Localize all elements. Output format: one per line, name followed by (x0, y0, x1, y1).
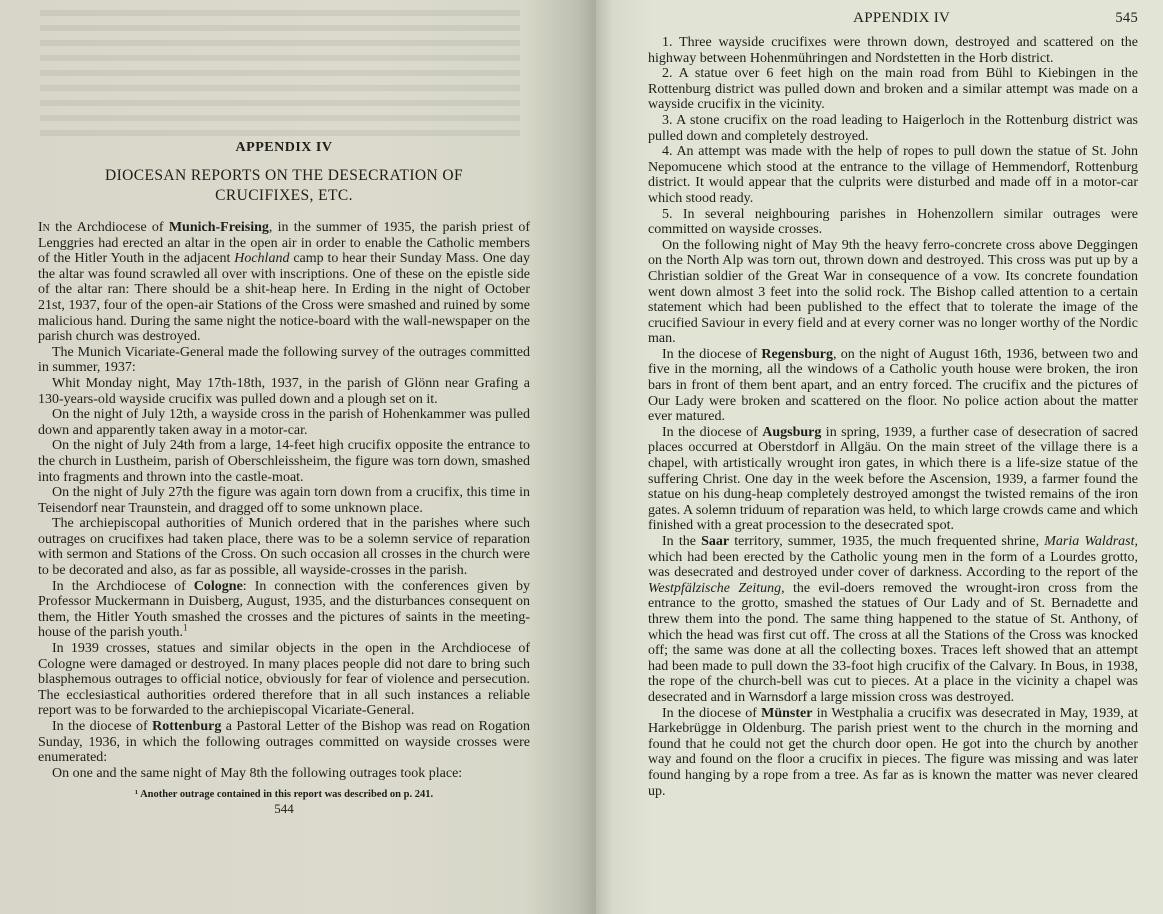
text-run: In the Archdiocese of (52, 579, 194, 594)
text-run: In the diocese of (662, 347, 761, 362)
paragraph: Whit Monday night, May 17th-18th, 1937, … (38, 376, 530, 407)
appendix-label: APPENDIX IV (38, 140, 530, 156)
left-page: APPENDIX IV DIOCESAN REPORTS ON THE DESE… (0, 0, 596, 914)
paragraph: On the night of July 12th, a wayside cro… (38, 407, 530, 438)
diocese-name: Cologne (194, 579, 243, 594)
chapter-title-line-1: DIOCESAN REPORTS ON THE DESECRATION OF (38, 166, 530, 186)
paragraph-saar: In the Saar territory, summer, 1935, the… (648, 534, 1138, 706)
paragraph-cologne: In the Archdiocese of Cologne: In connec… (38, 579, 530, 641)
list-item: 5. In several neighbouring parishes in H… (648, 207, 1138, 238)
book-spread: APPENDIX IV DIOCESAN REPORTS ON THE DESE… (0, 0, 1163, 914)
paragraph: On the night of July 27th the figure was… (38, 485, 530, 516)
text-run: the Archdiocese of (50, 220, 169, 235)
paragraph-augsburg: In the diocese of Augsburg in spring, 19… (648, 425, 1138, 534)
chapter-title-line-2: CRUCIFIXES, ETC. (38, 186, 530, 206)
text-run: In the diocese of (662, 706, 761, 721)
paragraph: On the night of July 24th from a large, … (38, 438, 530, 485)
camp-name: Hochland (234, 251, 289, 266)
paragraph-munich-freising: In the Archdiocese of Munich-Freising, i… (38, 220, 530, 345)
text-run: In the diocese of (52, 719, 152, 734)
page-number: 544 (38, 801, 530, 817)
bleed-through-text (40, 10, 520, 140)
running-head-title: APPENDIX IV (648, 10, 1115, 27)
paragraph: In 1939 crosses, statues and similar obj… (38, 641, 530, 719)
paragraph-munster: In the diocese of Münster in Westphalia … (648, 706, 1138, 800)
diocese-name: Rottenburg (152, 719, 221, 734)
left-page-content: APPENDIX IV DIOCESAN REPORTS ON THE DESE… (38, 140, 530, 817)
chapter-title: DIOCESAN REPORTS ON THE DESECRATION OF C… (38, 166, 530, 206)
page-number: 545 (1115, 10, 1138, 27)
text-run: in spring, 1939, a further case of desec… (648, 425, 1138, 534)
diocese-name: Augsburg (762, 425, 821, 440)
text-run: , the evil-doers removed the wrought-iro… (648, 581, 1138, 705)
text-run: In the (662, 534, 701, 549)
text-run: territory, summer, 1935, the much freque… (729, 534, 1044, 549)
running-head: APPENDIX IV 545 (648, 10, 1138, 27)
diocese-name: Regensburg (761, 347, 833, 362)
paragraph-regensburg: In the diocese of Regensburg, on the nig… (648, 347, 1138, 425)
diocese-name: Munich-Freising (169, 220, 269, 235)
paragraph-rottenburg: In the diocese of Rottenburg a Pastoral … (38, 719, 530, 766)
text-run: In the diocese of (662, 425, 762, 440)
footnote-marker: 1 (183, 623, 188, 633)
territory-name: Saar (701, 534, 729, 549)
footnote: ¹ Another outrage contained in this repo… (38, 789, 530, 800)
paragraph: On the following night of May 9th the he… (648, 238, 1138, 347)
list-item: 1. Three wayside crucifixes were thrown … (648, 35, 1138, 66)
diocese-name: Münster (761, 706, 812, 721)
shrine-name: Maria Waldrast (1044, 534, 1134, 549)
paragraph: The archiepiscopal authorities of Munich… (38, 516, 530, 578)
list-item: 2. A statue over 6 feet high on the main… (648, 66, 1138, 113)
right-page-content: APPENDIX IV 545 1. Three wayside crucifi… (648, 10, 1138, 799)
lead-word: In (38, 220, 50, 235)
newspaper-name: Westpfälzische Zeitung (648, 581, 781, 596)
paragraph: On one and the same night of May 8th the… (38, 766, 530, 782)
paragraph: The Munich Vicariate-General made the fo… (38, 345, 530, 376)
list-item: 4. An attempt was made with the help of … (648, 144, 1138, 206)
list-item: 3. A stone crucifix on the road leading … (648, 113, 1138, 144)
